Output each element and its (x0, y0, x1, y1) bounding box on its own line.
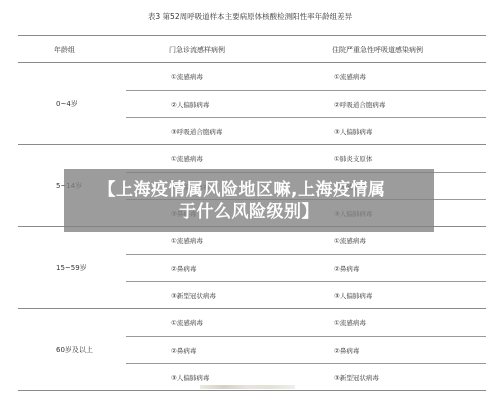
inpatient-cell: ①流感病毒 (334, 236, 366, 245)
outpatient-cell: ③新型冠状病毒 (171, 291, 216, 300)
table-row: ③呼吸道合胞病毒 ③人偏肺病毒 (126, 117, 486, 144)
table-row: ①流感病毒 ①肺炎支原体 (126, 145, 486, 172)
inpatient-cell: ③人偏肺病毒 (334, 291, 372, 300)
headline-overlay-banner: 【上海疫情属风险地区嘛,上海疫情属 于什么风险级别】 (64, 169, 434, 232)
outpatient-cell: ①流感病毒 (171, 236, 203, 245)
age-group-cell: 60岁及以上 (18, 309, 126, 390)
inpatient-cell: ①流感病毒 (334, 72, 366, 81)
inpatient-cell: ①肺炎支原体 (334, 154, 372, 163)
inpatient-cell: ③新型冠状病毒 (334, 373, 379, 382)
headline-line-2: 于什么风险级别】 (179, 201, 319, 223)
table-row: ①流感病毒 ①流感病毒 (126, 309, 486, 336)
header-inpatient: 住院严重急性呼吸道感染病例 (332, 45, 423, 55)
inpatient-cell: ①流感病毒 (334, 318, 366, 327)
table-header-row: 年龄组 门急诊流感样病例 住院严重急性呼吸道感染病例 (18, 36, 486, 63)
outpatient-cell: ①流感病毒 (171, 154, 203, 163)
outpatient-cell: ③呼吸道合胞病毒 (171, 127, 222, 136)
table-row: ③新型冠状病毒 ③人偏肺病毒 (126, 281, 486, 308)
table-row-group: 0~4岁 ①流感病毒 ①流感病毒 ②人偏肺病毒 ②呼吸道合胞病毒 ③呼吸道合胞病… (18, 63, 486, 145)
table-row: ②鼻病毒 ②鼻病毒 (126, 254, 486, 281)
inpatient-cell: ②鼻病毒 (334, 264, 359, 273)
outpatient-cell: ②鼻病毒 (171, 264, 196, 273)
age-group-cell: 0~4岁 (18, 63, 126, 144)
table-row: ②鼻病毒 ②鼻病毒 (126, 336, 486, 363)
table-row: ③人偏肺病毒 ③新型冠状病毒 (126, 363, 486, 390)
outpatient-cell: ③人偏肺病毒 (171, 373, 209, 382)
table-row: ①流感病毒 ①流感病毒 (126, 63, 486, 90)
decorative-image-edge (200, 385, 295, 389)
outpatient-cell: ①流感病毒 (171, 72, 203, 81)
inpatient-cell: ②呼吸道合胞病毒 (334, 100, 385, 109)
header-age-group: 年龄组 (54, 45, 75, 55)
table-row: ②人偏肺病毒 ②呼吸道合胞病毒 (126, 90, 486, 117)
inpatient-cell: ③人偏肺病毒 (334, 127, 372, 136)
table-caption: 表3 第52周呼吸道样本主要病原体核酸检测阳性率年龄组差异 (0, 11, 500, 22)
outpatient-cell: ②鼻病毒 (171, 346, 196, 355)
outpatient-cell: ②人偏肺病毒 (171, 100, 209, 109)
age-group-cell: 15~59岁 (18, 227, 126, 308)
header-outpatient: 门急诊流感样病例 (169, 45, 225, 55)
inpatient-cell: ②鼻病毒 (334, 346, 359, 355)
table-row-group: 60岁及以上 ①流感病毒 ①流感病毒 ②鼻病毒 ②鼻病毒 ③人偏肺病毒 ③新型冠… (18, 309, 486, 391)
table-row-group: 15~59岁 ①流感病毒 ①流感病毒 ②鼻病毒 ②鼻病毒 ③新型冠状病毒 ③人偏… (18, 227, 486, 309)
outpatient-cell: ①流感病毒 (171, 318, 203, 327)
headline-line-1: 【上海疫情属风险地区嘛,上海疫情属 (99, 179, 386, 201)
